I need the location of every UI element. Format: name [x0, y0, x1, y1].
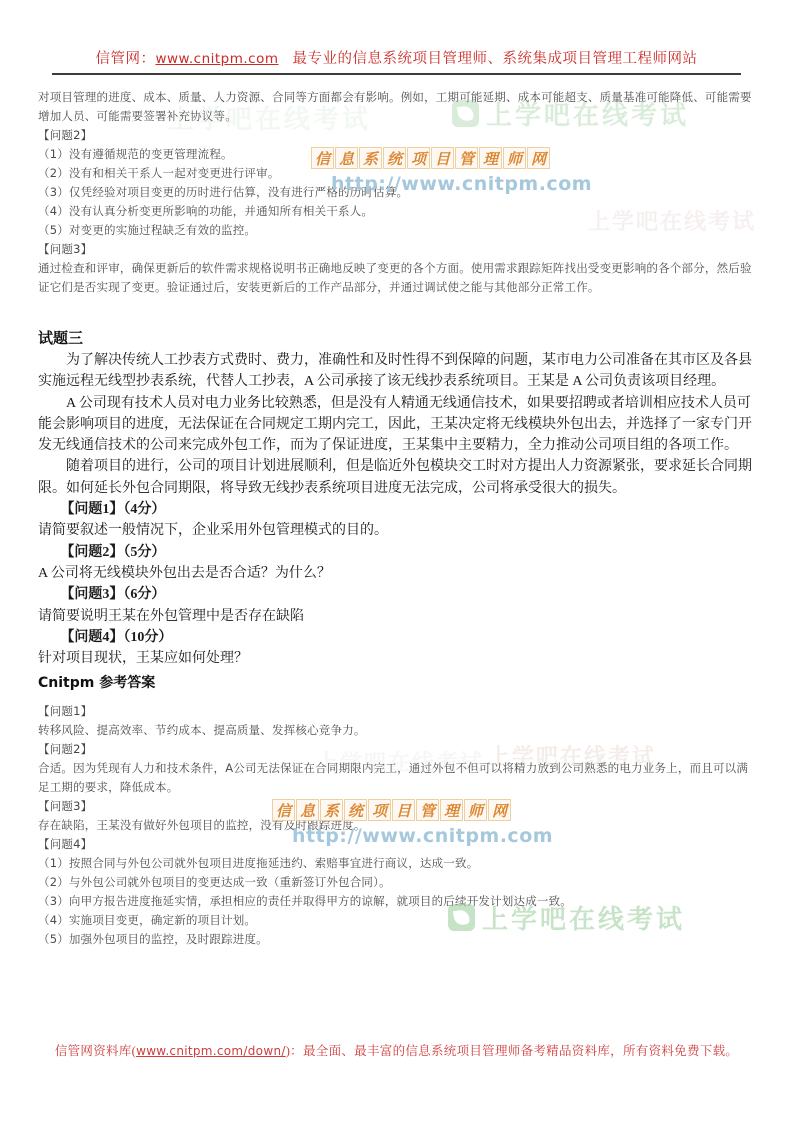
previous-answer-section: 对项目管理的进度、成本、质量、人力资源、合同等方面都会有影响。例如，工期可能延期…: [38, 88, 755, 297]
reference-answer-heading: 【问题1】: [38, 702, 755, 721]
answer-item: （5）对变更的实施过程缺乏有效的监控。: [38, 221, 755, 240]
answer-item: （1）没有遵循规范的变更管理流程。: [38, 145, 755, 164]
reference-answer-heading: 【问题3】: [38, 797, 755, 816]
subquestion-heading: 【问题3】（6分）: [60, 584, 755, 605]
reference-answer-line: 存在缺陷，王某没有做好外包项目的监控，没有及时跟踪进度。: [38, 816, 755, 835]
page-header: 信管网：www.cnitpm.com最专业的信息系统项目管理师、系统集成项目管理…: [0, 0, 793, 68]
reference-answer-line: （5）加强外包项目的监控，及时跟踪进度。: [38, 930, 755, 949]
subquestion-text: A 公司将无线模块外包出去是否合适？为什么？: [38, 563, 755, 584]
header-site-label: 信管网：: [95, 51, 155, 67]
subquestion-text: 请简要叙述一般情况下，企业采用外包管理模式的目的。: [38, 520, 755, 541]
exam-paragraph: 随着项目的进行，公司的项目计划进展顺利，但是临近外包模块交工时对方提出人力资源紧…: [38, 456, 755, 499]
footer-url-link[interactable]: www.cnitpm.com/down/: [136, 1044, 286, 1058]
reference-answers-section: 【问题1】 转移风险、提高效率、节约成本、提高质量、发挥核心竞争力。 【问题2】…: [38, 702, 755, 949]
exam-question-section: 试题三 为了解决传统人工抄表方式费时、费力，准确性和及时性得不到保障的问题，某市…: [38, 329, 755, 669]
answer-q3-heading: 【问题3】: [38, 240, 755, 259]
reference-answer-line: （4）实施项目变更，确定新的项目计划。: [38, 911, 755, 930]
subquestion-heading: 【问题1】（4分）: [60, 499, 755, 520]
subquestion-heading: 【问题4】（10分）: [60, 627, 755, 648]
subquestion-text: 请简要说明王某在外包管理中是否存在缺陷: [38, 606, 755, 627]
reference-answer-line: 转移风险、提高效率、节约成本、提高质量、发挥核心竞争力。: [38, 721, 755, 740]
exam-paragraph: A 公司现有技术人员对电力业务比较熟悉，但是没有人精通无线通信技术，如果要招聘或…: [38, 393, 755, 457]
page-body: 对项目管理的进度、成本、质量、人力资源、合同等方面都会有影响。例如，工期可能延期…: [0, 75, 793, 949]
reference-answer-line: 合适。因为凭现有人力和技术条件，A公司无法保证在合同期限内完工，通过外包不但可以…: [38, 759, 755, 797]
document-page: 信管网：www.cnitpm.com最专业的信息系统项目管理师、系统集成项目管理…: [0, 0, 793, 1122]
reference-answers-title: Cnitpm 参考答案: [38, 673, 755, 693]
answer-q3-text: 通过检查和评审，确保更新后的软件需求规格说明书正确地反映了变更的各个方面。使用需…: [38, 259, 755, 297]
answer-item: （3）仅凭经验对项目变更的历时进行估算，没有进行严格的历时估算。: [38, 183, 755, 202]
reference-answer-heading: 【问题4】: [38, 835, 755, 854]
reference-answer-lines: 转移风险、提高效率、节约成本、提高质量、发挥核心竞争力。: [38, 721, 755, 740]
exam-subquestions: 【问题1】（4分） 请简要叙述一般情况下，企业采用外包管理模式的目的。 【问题2…: [38, 499, 755, 669]
subquestion-heading: 【问题2】（5分）: [60, 542, 755, 563]
answer-item: （4）没有认真分析变更所影响的功能，并通知所有相关干系人。: [38, 202, 755, 221]
reference-answer-lines: 合适。因为凭现有人力和技术条件，A公司无法保证在合同期限内完工，通过外包不但可以…: [38, 759, 755, 797]
reference-answer-lines: 存在缺陷，王某没有做好外包项目的监控，没有及时跟踪进度。: [38, 816, 755, 835]
reference-answer-heading: 【问题2】: [38, 740, 755, 759]
reference-answer-groups: 【问题1】 转移风险、提高效率、节约成本、提高质量、发挥核心竞争力。 【问题2】…: [38, 702, 755, 949]
footer-suffix: )：最全面、最丰富的信息系统项目管理师备考精品资料库，所有资料免费下载。: [286, 1044, 738, 1058]
answer-intro-paragraph: 对项目管理的进度、成本、质量、人力资源、合同等方面都会有影响。例如，工期可能延期…: [38, 88, 755, 126]
page-footer: 信管网资料库(www.cnitpm.com/down/)：最全面、最丰富的信息系…: [0, 1041, 793, 1059]
reference-answer-line: （3）向甲方报告进度拖延实情，承担相应的责任并取得甲方的谅解，就项目的后续开发计…: [38, 892, 755, 911]
exam-paragraphs: 为了解决传统人工抄表方式费时、费力，准确性和及时性得不到保障的问题，某市电力公司…: [38, 350, 755, 499]
reference-answer-line: （1）按照合同与外包公司就外包项目进度拖延违约、索赔事宜进行商议，达成一致。: [38, 854, 755, 873]
footer-prefix: 信管网资料库(: [55, 1044, 136, 1058]
header-url-link[interactable]: www.cnitpm.com: [155, 51, 278, 67]
answer-item: （2）没有和相关干系人一起对变更进行评审。: [38, 164, 755, 183]
exam-paragraph: 为了解决传统人工抄表方式费时、费力，准确性和及时性得不到保障的问题，某市电力公司…: [38, 350, 755, 393]
subquestion-text: 针对项目现状，王某应如何处理？: [38, 648, 755, 669]
exam-question-title: 试题三: [38, 329, 755, 350]
reference-answer-line: （2）与外包公司就外包项目的变更达成一致（重新签订外包合同）。: [38, 873, 755, 892]
header-tagline: 最专业的信息系统项目管理师、系统集成项目管理工程师网站: [293, 51, 698, 67]
answer-q2-list: （1）没有遵循规范的变更管理流程。 （2）没有和相关干系人一起对变更进行评审。 …: [38, 145, 755, 240]
answer-q2-heading: 【问题2】: [38, 126, 755, 145]
reference-answer-lines: （1）按照合同与外包公司就外包项目进度拖延违约、索赔事宜进行商议，达成一致。 （…: [38, 854, 755, 949]
